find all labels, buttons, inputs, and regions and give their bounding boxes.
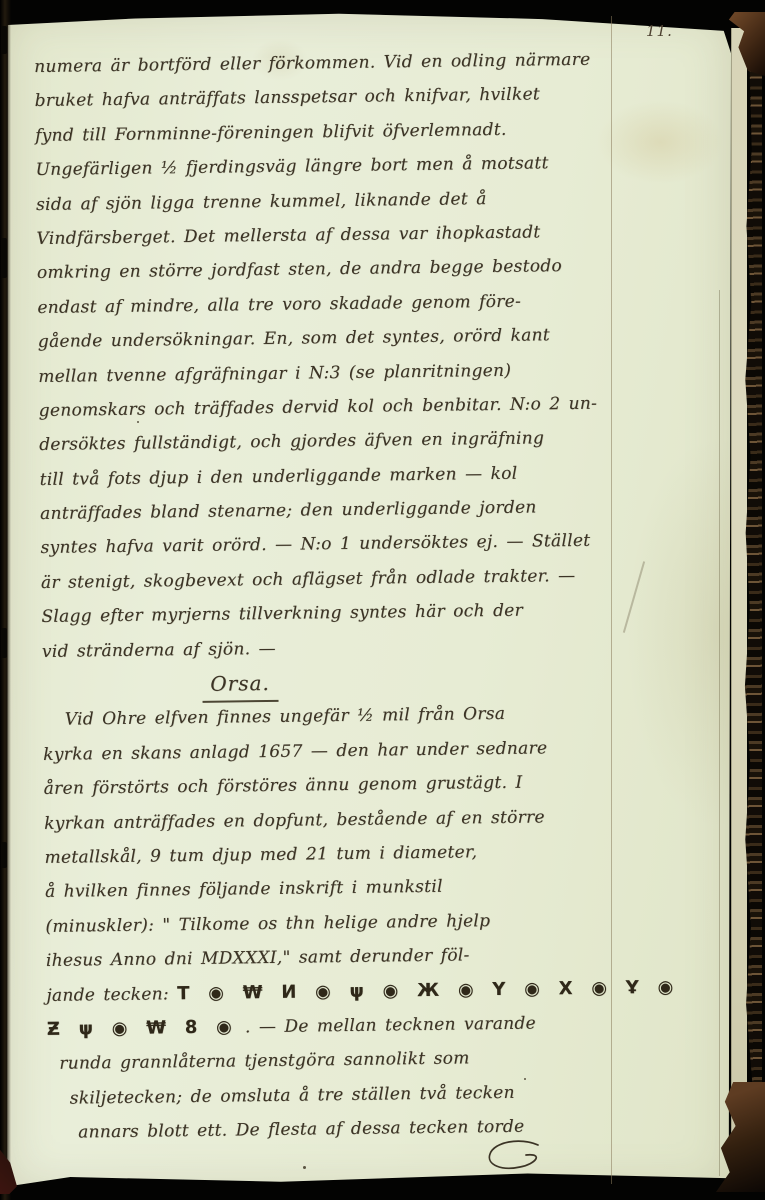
manuscript-scan: 11. numera är bortförd eller förkommen. … bbox=[0, 0, 765, 1200]
section-heading-orsa: Orsa. bbox=[202, 666, 278, 703]
manuscript-text: numera är bortförd eller förkommen. Vid … bbox=[34, 42, 625, 1150]
binding-stitch bbox=[1, 238, 7, 278]
binding-stitch bbox=[1, 628, 7, 658]
binding-stitch bbox=[1, 26, 7, 54]
pen-flourish-mark bbox=[482, 1136, 554, 1180]
left-binding-edge bbox=[0, 0, 11, 1200]
inscription-symbols: T ◉ ₩ И ◉ ψ ◉ Ж ◉ Y ◉ X ◉ Ұ ◉ bbox=[177, 976, 678, 1004]
binding-stitch bbox=[1, 842, 7, 868]
symbol-line-label: jande tecken: bbox=[46, 984, 177, 1006]
inscription-symbols: Ƶ ψ ◉ ₩ 8 ◉ bbox=[47, 1016, 237, 1039]
page-number: 11. bbox=[646, 22, 673, 40]
symbol-line-label: . — De mellan tecknen varande bbox=[237, 1013, 536, 1037]
ink-spot bbox=[303, 1166, 306, 1169]
underlying-page-edge bbox=[731, 28, 747, 1174]
page-crease-line bbox=[719, 290, 720, 1176]
